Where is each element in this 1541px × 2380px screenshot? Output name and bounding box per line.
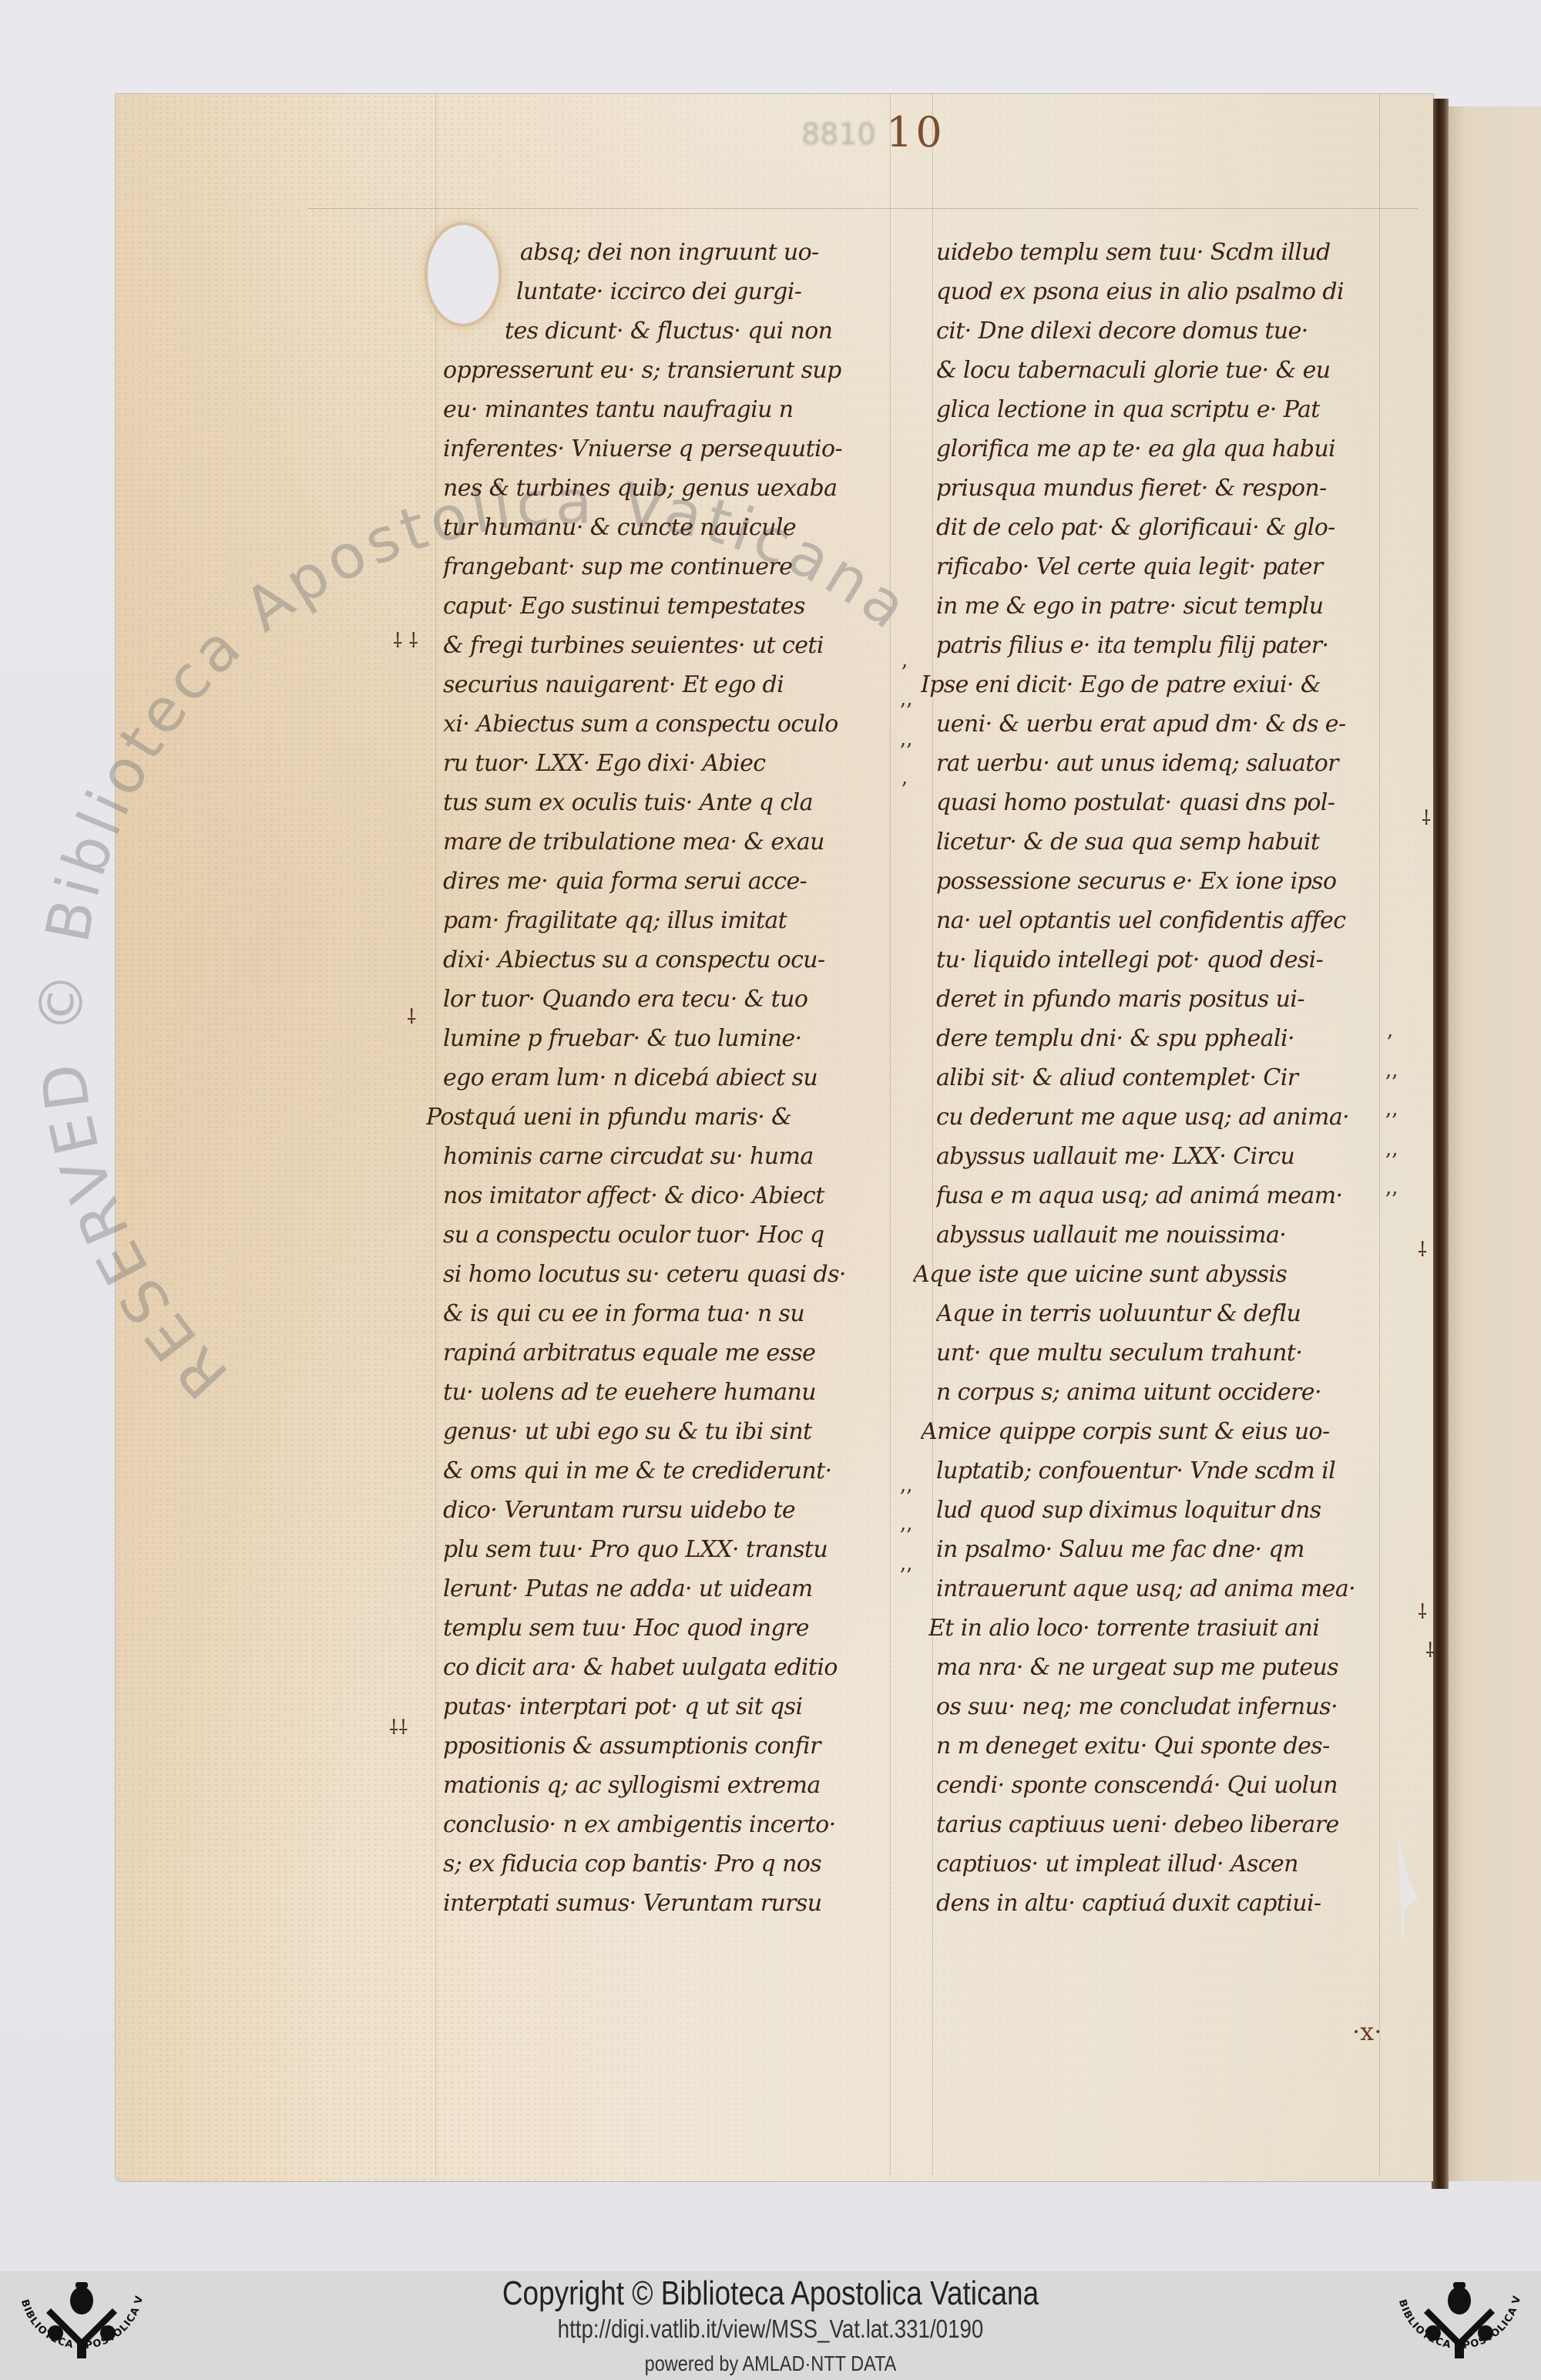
- text-line: in me & ego in patre· sicut templu: [936, 587, 1368, 626]
- text-line: unt· que multu seculum trahunt·: [936, 1333, 1368, 1373]
- text-line: lor tuor· Quando era tecu· & tuo: [443, 980, 886, 1019]
- text-line: lumine p fruebar· & tuo lumine·: [443, 1019, 886, 1058]
- text-line: alibi sit· & aliud contemplet· Cir: [936, 1058, 1368, 1098]
- text-line: mationis q; ac syllogismi extrema: [443, 1766, 886, 1805]
- text-line: ppositionis & assumptionis confir: [443, 1726, 886, 1766]
- powered-by-text: powered by AMLAD·NTT DATA: [123, 2351, 1418, 2376]
- binding-gutter: [1432, 99, 1449, 2189]
- text-line: dico· Veruntam rursu uidebo te: [443, 1491, 886, 1530]
- text-line: dens in altu· captiuá duxit captiui-: [936, 1884, 1368, 1923]
- text-line: luptatib; confouentur· Vnde scdm il: [936, 1451, 1368, 1491]
- text-line: ma nra· & ne urgeat sup me puteus: [936, 1648, 1368, 1687]
- text-line: cit· Dne dilexi decore domus tue·: [936, 311, 1368, 351]
- text-line: n m deneget exitu· Qui sponte des-: [936, 1726, 1368, 1766]
- text-line: frangebant· sup me continuere: [443, 547, 886, 587]
- text-line: Amice quippe corpis sunt & eius uo-: [921, 1412, 1368, 1451]
- text-line: intrauerunt aque usq; ad anima mea·: [936, 1569, 1368, 1609]
- text-line: co dicit ara· & habet uulgata editio: [443, 1648, 886, 1687]
- text-line: interptati sumus· Veruntam rursu: [443, 1884, 886, 1923]
- text-line: tu· liquido intellegi pot· quod desi-: [936, 940, 1368, 980]
- text-column-left: absq; dei non ingruunt uo- luntate· icci…: [443, 233, 886, 1923]
- text-line: tur humanu· & cuncte nauicule: [443, 508, 886, 547]
- text-line: uidebo templu sem tuu· Scdm illud: [936, 233, 1368, 272]
- manuscript-page: 8810 10 RESERVED © Biblioteca Apostolica…: [116, 94, 1433, 2181]
- text-line: abyssus uallauit me· LXX· Circu: [936, 1137, 1368, 1176]
- quotation-mark: ,,: [900, 1474, 913, 1497]
- margin-mark: ⸸⸸: [389, 1713, 408, 1740]
- image-viewer: 8810 10 RESERVED © Biblioteca Apostolica…: [0, 0, 1541, 2271]
- text-line: quasi homo postulat· quasi dns pol-: [936, 783, 1368, 822]
- text-line: glica lectione in qua scriptu e· Pat: [936, 390, 1368, 429]
- text-line: deret in pfundo maris positus ui-: [936, 980, 1368, 1019]
- text-line: tus sum ex oculis tuis· Ante q cla: [443, 783, 886, 822]
- folio-number: 10: [886, 108, 945, 156]
- text-line: luntate· iccirco dei gurgi-: [443, 272, 886, 311]
- text-line: abyssus uallauit me nouissima·: [936, 1215, 1368, 1255]
- quotation-mark: ,,: [1385, 1138, 1398, 1161]
- quotation-mark: ,,: [900, 1552, 913, 1575]
- text-line: su a conspectu oculor tuor· Hoc q: [443, 1215, 886, 1255]
- text-line: securius nauigarent· Et ego di: [443, 665, 886, 704]
- text-line: s; ex fiducia cop bantis· Pro q nos: [443, 1844, 886, 1884]
- ruling-line-column-left-end: [890, 94, 891, 2175]
- quotation-mark: ,,: [1385, 1059, 1398, 1082]
- text-line: priusqua mundus fieret· & respon-: [936, 469, 1368, 508]
- text-line: possessione securus e· Ex ione ipso: [936, 862, 1368, 901]
- text-line: plu sem tuu· Pro quo LXX· transtu: [443, 1530, 886, 1569]
- text-line: rificabo· Vel certe quia legit· pater: [936, 547, 1368, 587]
- text-line: na· uel optantis uel confidentis affec: [936, 901, 1368, 940]
- text-line: dere templu dni· & spu ppheali·: [936, 1019, 1368, 1058]
- folio-pencil-note: 8810: [801, 117, 876, 151]
- text-line: putas· interptari pot· q ut sit qsi: [443, 1687, 886, 1726]
- text-line: rat uerbu· aut unus idemq; saluator: [936, 744, 1368, 783]
- text-line: xi· Abiectus sum a conspectu oculo: [443, 704, 886, 744]
- text-line: genus· ut ubi ego su & tu ibi sint: [443, 1412, 886, 1451]
- text-line: tu· uolens ad te euehere humanu: [443, 1373, 886, 1412]
- text-line: si homo locutus su· ceteru quasi ds·: [443, 1255, 886, 1294]
- ruling-line-column-right-start: [932, 94, 933, 2175]
- text-line: ru tuor· LXX· Ego dixi· Abiec: [443, 744, 886, 783]
- text-column-right: uidebo templu sem tuu· Scdm illud quod e…: [936, 233, 1368, 1923]
- quotation-mark: ,,: [900, 1512, 913, 1535]
- quotation-mark: ,: [901, 766, 908, 789]
- text-line: templu sem tuu· Hoc quod ingre: [443, 1609, 886, 1648]
- margin-mark: ⸸ ⸸: [393, 626, 418, 654]
- text-line: Ipse eni dicit· Ego de patre exiui· &: [921, 665, 1368, 704]
- copyright-text: Copyright © Biblioteca Apostolica Vatica…: [123, 2274, 1418, 2313]
- parchment-tear: [1396, 1834, 1418, 1950]
- text-line: absq; dei non ingruunt uo-: [443, 233, 886, 272]
- ruling-line-top: [308, 208, 1418, 209]
- text-line: in psalmo· Saluu me fac dne· qm: [936, 1530, 1368, 1569]
- text-line: captiuos· ut impleat illud· Ascen: [936, 1844, 1368, 1884]
- text-line: hominis carne circudat su· huma: [443, 1137, 886, 1176]
- text-line: nos imitator affect· & dico· Abiect: [443, 1176, 886, 1215]
- quotation-mark: ,,: [1385, 1098, 1398, 1121]
- margin-mark: ⸸: [1418, 1597, 1427, 1625]
- margin-mark: ⸸: [1418, 1235, 1427, 1262]
- text-line: ueni· & uerbu erat apud dm· & ds e-: [936, 704, 1368, 744]
- papal-keys-icon: BIBLIOTECA APOSTOLICA VATICANA: [1382, 2277, 1536, 2378]
- text-line: nes & turbines quib; genus uexaba: [443, 469, 886, 508]
- text-line: patris filius e· ita templu filij pater·: [936, 626, 1368, 665]
- text-line: oppresserunt eu· s; transierunt sup: [443, 351, 886, 390]
- text-line: Postquá ueni in pfundu maris· &: [426, 1098, 886, 1137]
- text-line: rapiná arbitratus equale me esse: [443, 1333, 886, 1373]
- text-line: conclusio· n ex ambigentis incerto·: [443, 1805, 886, 1844]
- svg-text:BIBLIOTECA APOSTOLICA VATICANA: BIBLIOTECA APOSTOLICA VATICANA: [1382, 2277, 1523, 2351]
- text-line: fusa e m aqua usq; ad animá meam·: [936, 1176, 1368, 1215]
- text-line: inferentes· Vniuerse q persequutio-: [443, 429, 886, 469]
- text-line: tes dicunt· & fluctus· qui non: [443, 311, 886, 351]
- quotation-mark: ,: [1387, 1019, 1393, 1042]
- logo-text: BIBLIOTECA APOSTOLICA VATICANA: [1382, 2277, 1523, 2351]
- text-line: lud quod sup diximus loquitur dns: [936, 1491, 1368, 1530]
- quotation-mark: ,,: [900, 687, 913, 711]
- text-line: quod ex psona eius in alio psalmo di: [936, 272, 1368, 311]
- text-line: licetur· & de sua qua semp habuit: [936, 822, 1368, 862]
- text-line: cendi· sponte conscendá· Qui uolun: [936, 1766, 1368, 1805]
- footer-bar: BIBLIOTECA APOSTOLICA VATICANA Copyright…: [0, 2271, 1541, 2380]
- text-line: Aque in terris uoluuntur & deflu: [936, 1294, 1368, 1333]
- text-line: dit de celo pat· & glorificaui· & glo-: [936, 508, 1368, 547]
- text-line: & oms qui in me & te crediderunt·: [443, 1451, 886, 1491]
- text-line: eu· minantes tantu naufragiu n: [443, 390, 886, 429]
- quire-mark: ·x·: [1352, 2017, 1382, 2046]
- quotation-mark: ,,: [1385, 1176, 1398, 1199]
- text-line: Et in alio loco· torrente trasiuit ani: [928, 1609, 1368, 1648]
- text-line: tarius captiuus ueni· debeo liberare: [936, 1805, 1368, 1844]
- text-line: & locu tabernaculi glorie tue· & eu: [936, 351, 1368, 390]
- text-line: mare de tribulatione mea· & exau: [443, 822, 886, 862]
- text-line: & is qui cu ee in forma tua· n su: [443, 1294, 886, 1333]
- margin-mark: ⸸: [1425, 1635, 1435, 1663]
- text-line: lerunt· Putas ne adda· ut uideam: [443, 1569, 886, 1609]
- text-line: os suu· neq; me concludat infernus·: [936, 1687, 1368, 1726]
- text-line: ego eram lum· n dicebá abiect su: [443, 1058, 886, 1098]
- ruling-line-right: [1379, 94, 1380, 2175]
- vatican-library-logo: BIBLIOTECA APOSTOLICA VATICANA: [1382, 2277, 1536, 2378]
- margin-mark: ⸸: [1422, 803, 1431, 831]
- text-line: & fregi turbines seuientes· ut ceti: [443, 626, 886, 665]
- text-line: cu dederunt me aque usq; ad anima·: [936, 1098, 1368, 1137]
- quotation-mark: ,: [901, 649, 908, 672]
- text-line: dires me· quia forma serui acce-: [443, 862, 886, 901]
- quotation-mark: ,,: [900, 728, 913, 751]
- facing-page-edge: [1447, 106, 1541, 2181]
- text-line: Aque iste que uicine sunt abyssis: [913, 1255, 1368, 1294]
- source-url[interactable]: http://digi.vatlib.it/view/MSS_Vat.lat.3…: [123, 2314, 1418, 2344]
- text-line: dixi· Abiectus su a conspectu ocu-: [443, 940, 886, 980]
- margin-mark: ⸸: [407, 1002, 416, 1030]
- text-line: caput· Ego sustinui tempestates: [443, 587, 886, 626]
- text-line: pam· fragilitate qq; illus imitat: [443, 901, 886, 940]
- text-line: glorifica me ap te· ea gla qua habui: [936, 429, 1368, 469]
- text-line: n corpus s; anima uitunt occidere·: [936, 1373, 1368, 1412]
